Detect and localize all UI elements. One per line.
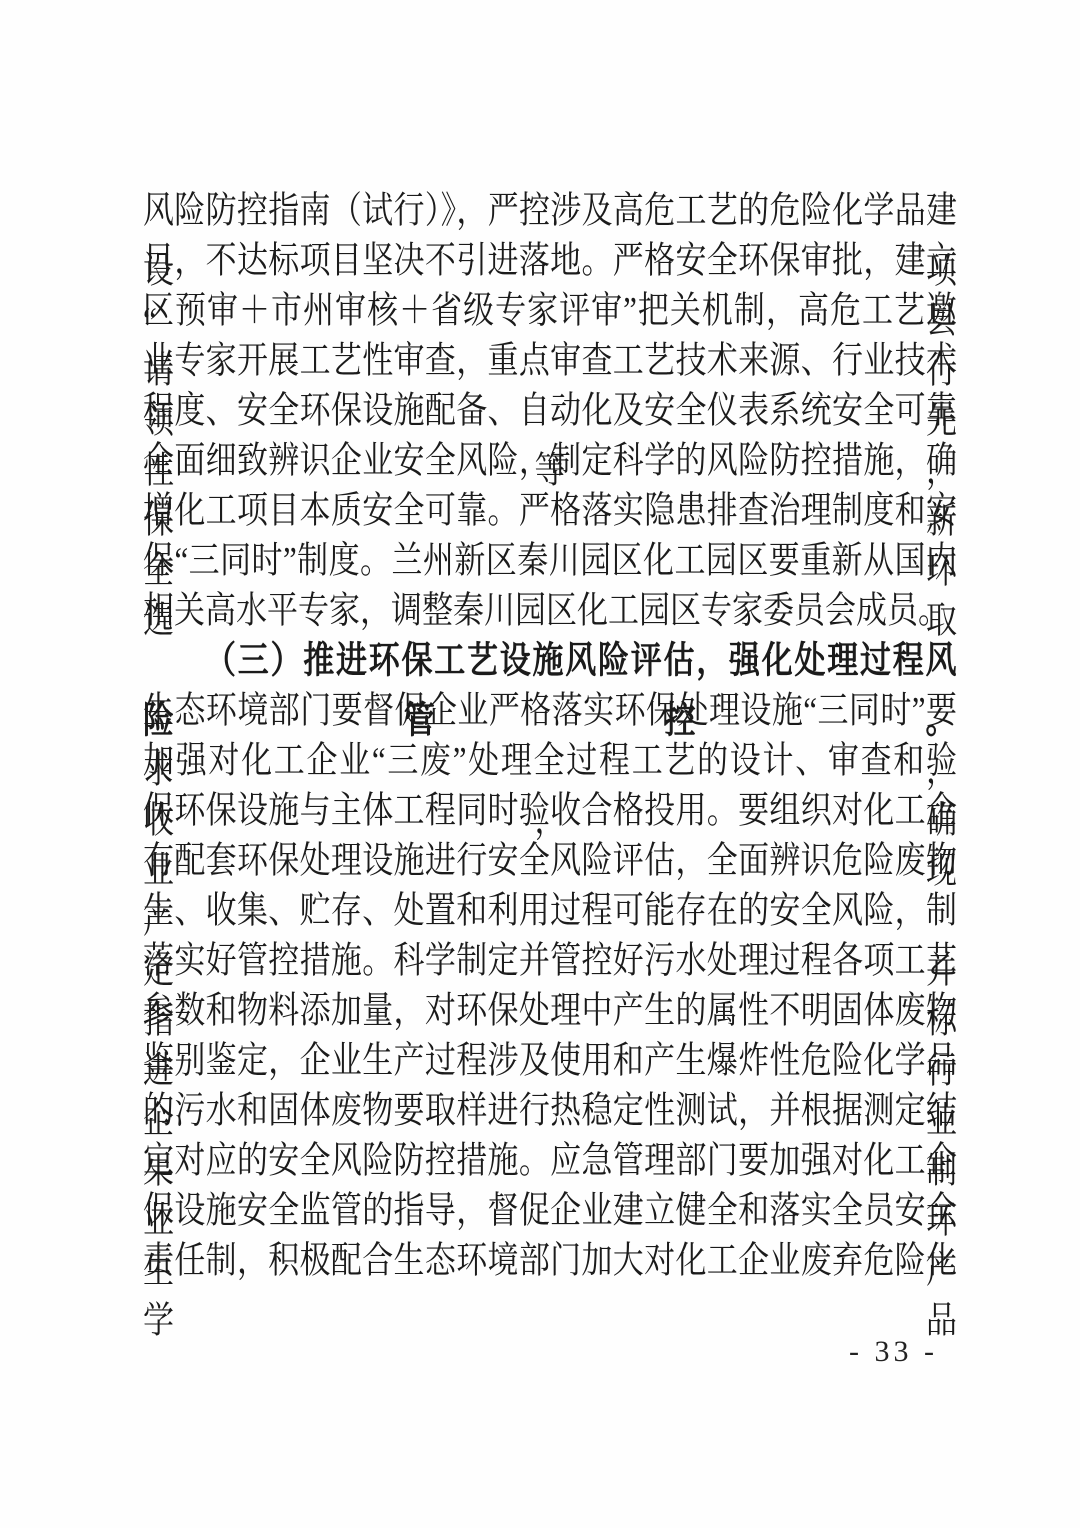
document-text-block: 风险防控指南（试行）》，严控涉及高危工艺的危险化学品建设项 目，不达标项目坚决不… bbox=[143, 186, 957, 1286]
document-page: 风险防控指南（试行）》，严控涉及高危工艺的危险化学品建设项 目，不达标项目坚决不… bbox=[0, 0, 1080, 1528]
page-number: - 33 - bbox=[849, 1334, 938, 1370]
body-line: 责任制，积极配合生态环境部门加大对化工企业废弃危险化学品 bbox=[143, 1231, 957, 1291]
